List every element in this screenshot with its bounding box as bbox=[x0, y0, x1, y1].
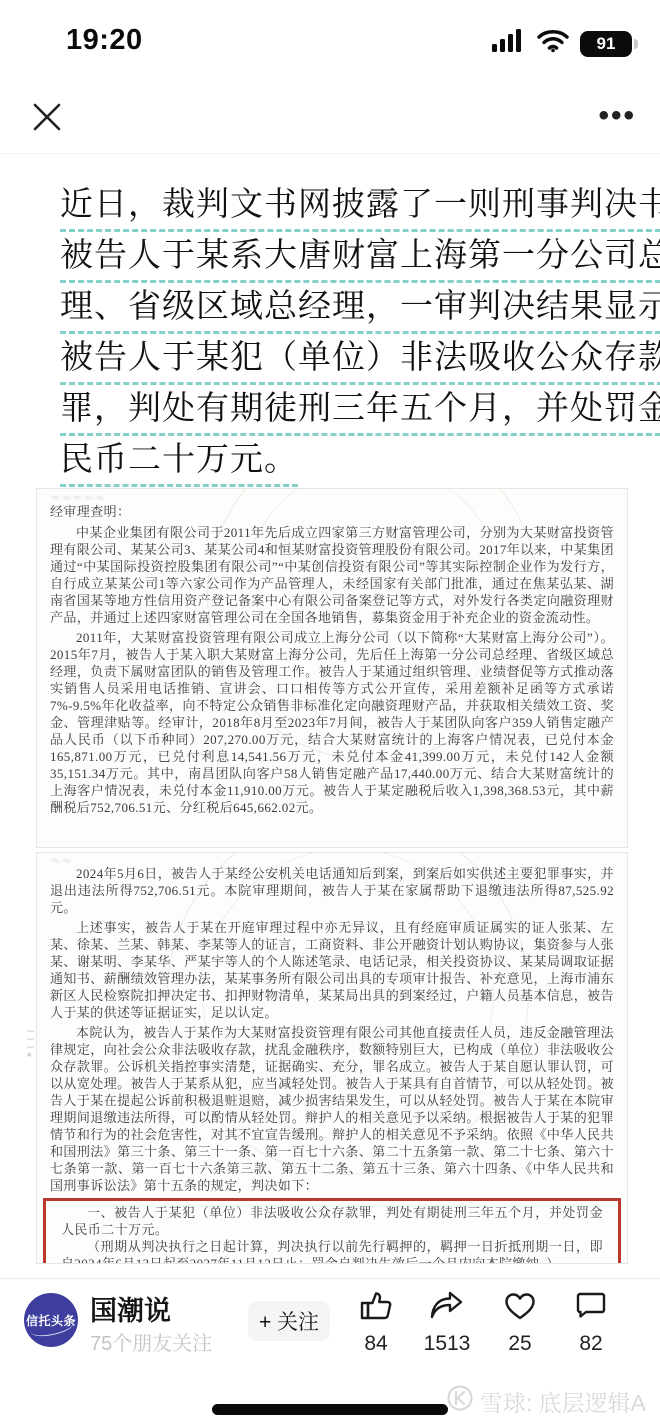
cutoff-text-fragment: 〜〜〜〜〜 bbox=[51, 491, 106, 504]
share-count: 1513 bbox=[419, 1332, 475, 1356]
account-name[interactable]: 国潮说 bbox=[90, 1289, 171, 1328]
headline-line: 民币二十万元。 bbox=[60, 440, 298, 487]
scan-margin-artifact: — — — ≡ bbox=[27, 1028, 35, 1060]
comment-bubble-icon bbox=[573, 1310, 609, 1327]
xueqiu-watermark: 雪球: 底层逻辑A bbox=[446, 1384, 646, 1418]
nav-divider bbox=[0, 153, 660, 154]
followers-count: 75个朋友关注 bbox=[90, 1327, 212, 1356]
status-bar: 19:20 91 bbox=[0, 22, 660, 62]
battery-percent: 91 bbox=[597, 34, 616, 54]
wifi-icon bbox=[537, 28, 569, 59]
heart-button[interactable]: 25 bbox=[492, 1289, 548, 1356]
judgment-scan-page-1[interactable]: 〜〜〜〜〜 经审理查明： 中某企业集团有限公司于2011年先后成立四家第三方财富… bbox=[36, 488, 628, 848]
judgment-scan-page-2[interactable]: 〜〜 2024年5月6日，被告人于某经公安机关电话通知后到案，到案后如实供述主要… bbox=[36, 852, 628, 1264]
clock: 19:20 bbox=[66, 24, 143, 57]
close-icon[interactable] bbox=[30, 100, 70, 140]
thumbs-up-icon bbox=[358, 1310, 394, 1327]
footer-divider bbox=[0, 1278, 660, 1279]
headline-line: 罪，判处有期徒刑三年五个月，并处罚金人 bbox=[60, 389, 660, 436]
avatar[interactable]: 信托头条 bbox=[24, 1293, 78, 1347]
heart-count: 25 bbox=[492, 1332, 548, 1356]
verdict-highlight-box: 一、被告人于某犯（单位）非法吸收公众存款罪，判处有期徒刑三年五个月，并处罚金人民… bbox=[43, 1198, 621, 1264]
author-action-bar: 信托头条 国潮说 75个朋友关注 + 关注 84 1513 bbox=[0, 1283, 660, 1383]
more-options-icon[interactable]: ••• bbox=[588, 96, 636, 136]
cellular-signal-icon bbox=[492, 28, 526, 59]
share-button[interactable]: 1513 bbox=[419, 1289, 475, 1356]
verdict-item-1: 一、被告人于某犯（单位）非法吸收公众存款罪，判处有期徒刑三年五个月，并处罚金人民… bbox=[48, 1204, 616, 1238]
nav-bar: ••• bbox=[0, 96, 660, 152]
headline-line: 被告人于某系大唐财富上海第一分公司总经 bbox=[60, 236, 660, 283]
cutoff-text-fragment: 〜〜 bbox=[51, 854, 73, 867]
verdict-item-1-note: （刑期从判决执行之日起计算，判决执行以前先行羁押的，羁押一日折抵刑期一日，即自2… bbox=[48, 1238, 616, 1264]
like-count: 84 bbox=[348, 1332, 404, 1356]
heart-icon bbox=[502, 1310, 538, 1327]
headline-line: 近日，裁判文书网披露了一则刑事判决书， bbox=[60, 185, 660, 232]
comment-count: 82 bbox=[563, 1332, 619, 1356]
screen: 19:20 91 bbox=[0, 0, 660, 1428]
like-button[interactable]: 84 bbox=[348, 1289, 404, 1356]
xueqiu-logo-icon bbox=[446, 1384, 474, 1418]
comment-button[interactable]: 82 bbox=[563, 1289, 619, 1356]
share-arrow-icon bbox=[428, 1310, 466, 1327]
article-headline: 近日，裁判文书网披露了一则刑事判决书， 被告人于某系大唐财富上海第一分公司总经 … bbox=[60, 178, 645, 484]
home-indicator[interactable] bbox=[212, 1404, 448, 1415]
headline-line: 被告人于某犯（单位）非法吸收公众存款 bbox=[60, 338, 660, 385]
follow-button[interactable]: + 关注 bbox=[248, 1301, 330, 1341]
battery-icon: 91 bbox=[580, 31, 632, 57]
watermark-text: 雪球: 底层逻辑A bbox=[480, 1385, 646, 1418]
headline-line: 理、省级区域总经理，一审判决结果显示， bbox=[60, 287, 660, 334]
